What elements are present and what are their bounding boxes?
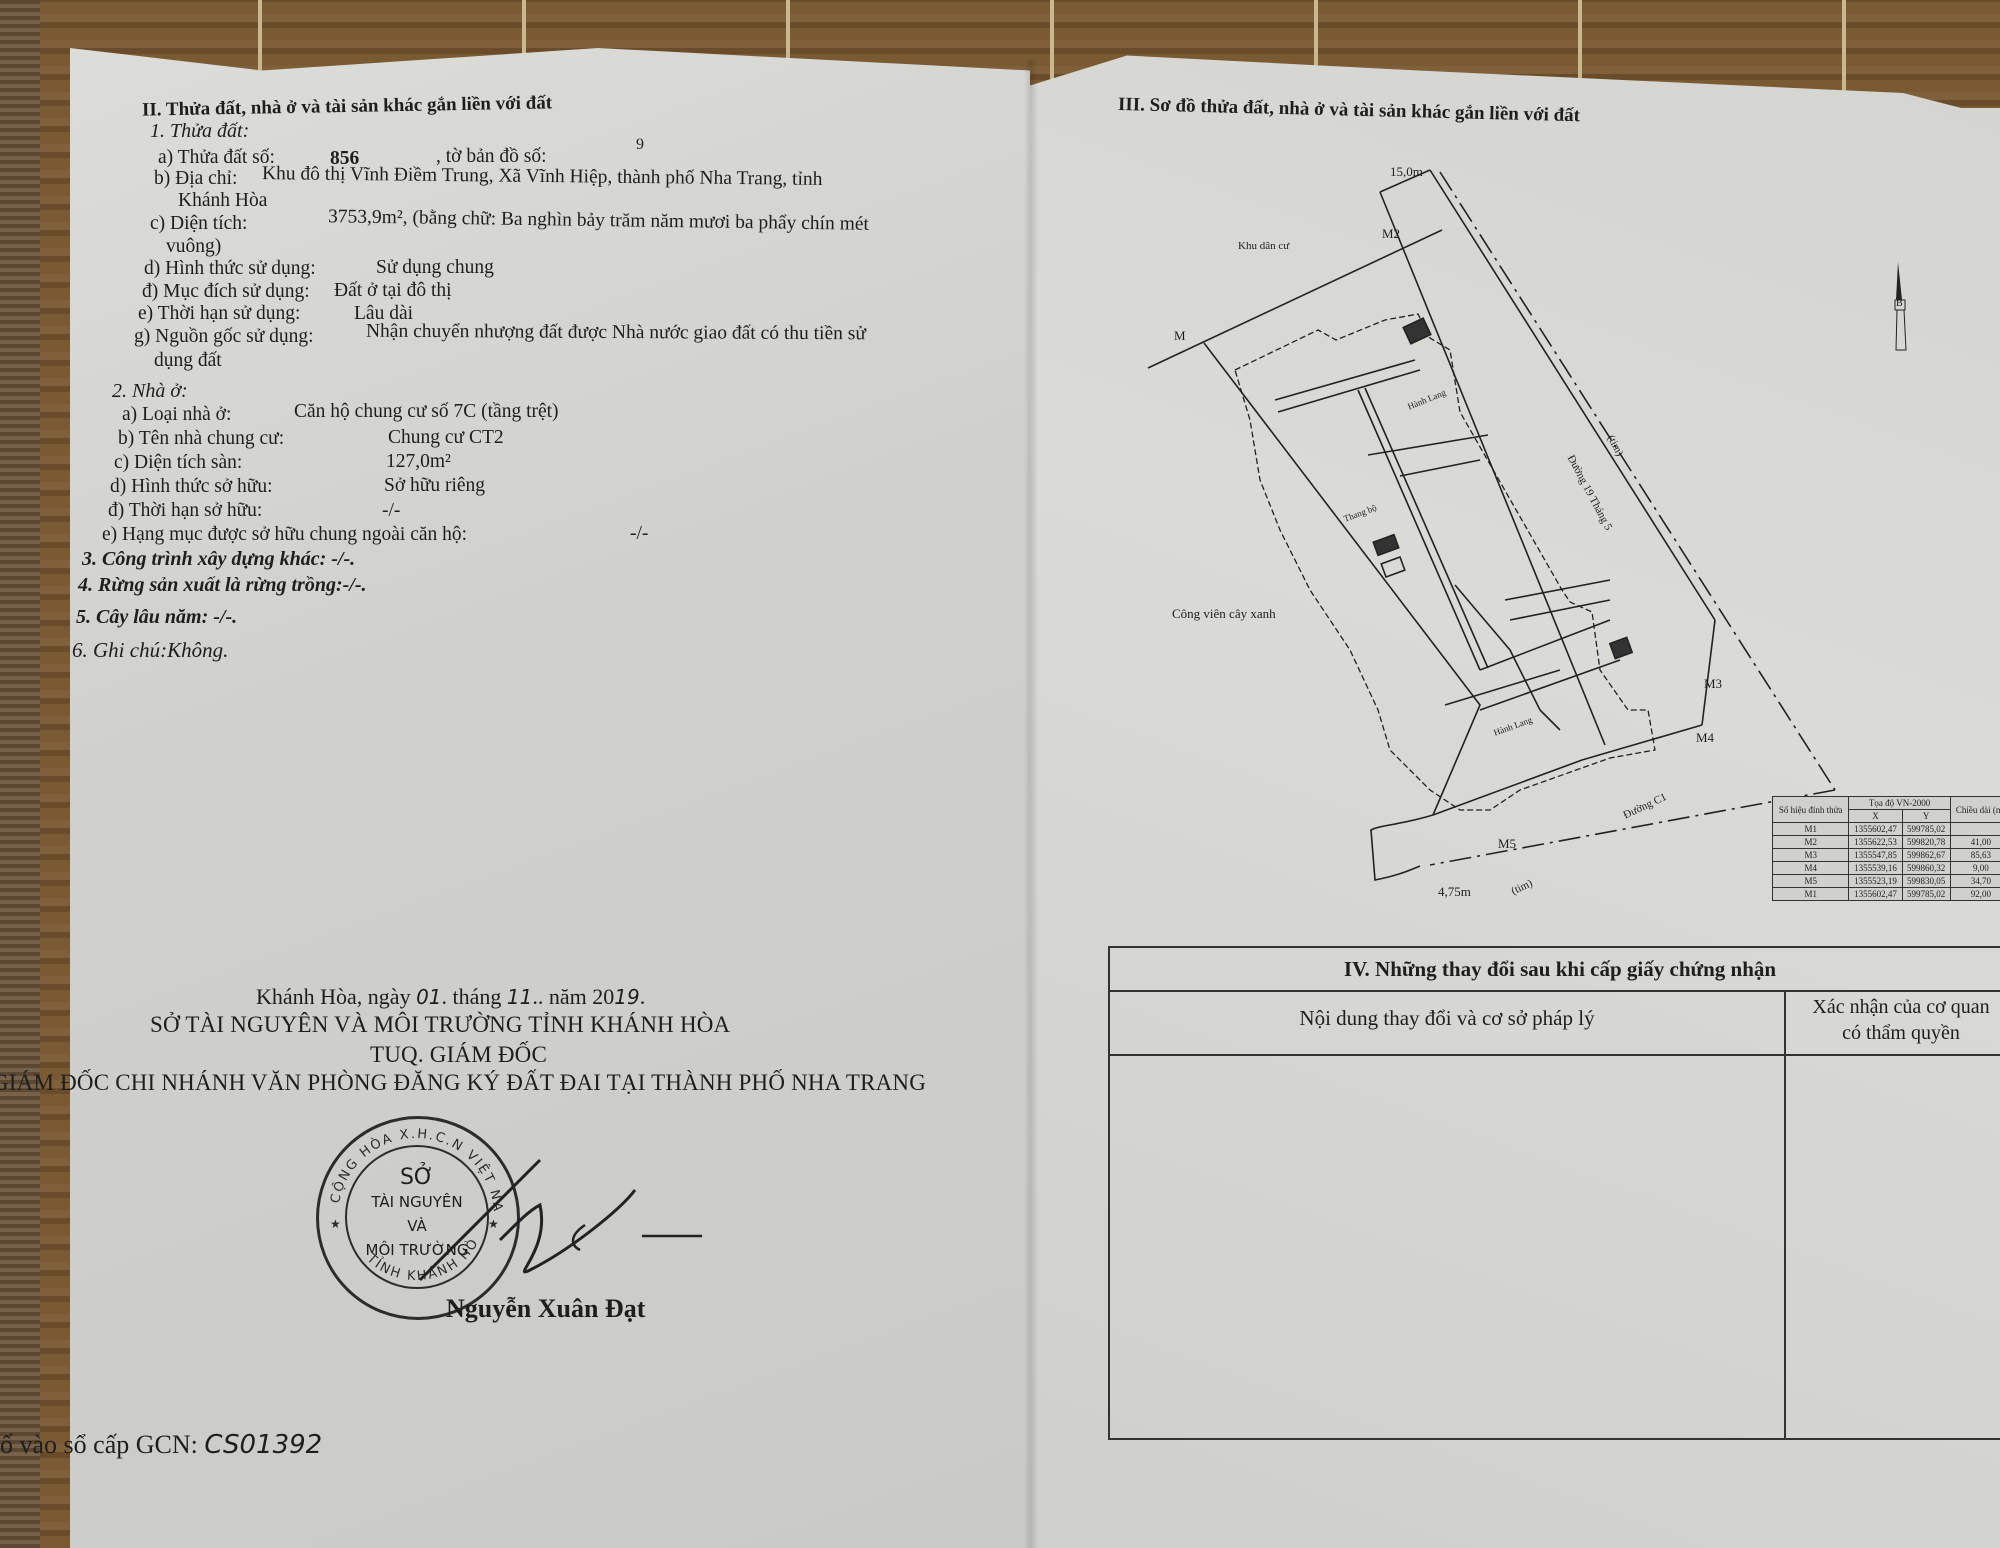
date-day: 01 (416, 985, 441, 1009)
confirmation-line1: Xác nhận của cơ quan (1786, 994, 2000, 1020)
coord-cell-x: 1355622,53 (1849, 836, 1902, 849)
registry-value: CS01392 (204, 1430, 322, 1460)
house-type-value: Căn hộ chung cư số 7C (tầng trệt) (294, 401, 559, 423)
marker-m5: M5 (1498, 836, 1516, 852)
coord-header-system: Tọa độ VN-2000 (1849, 797, 1950, 810)
coord-row: M11355602,47599785,0292,00 (1773, 888, 2000, 901)
map-bottom-width: 4,75m (1438, 884, 1471, 900)
land-heading: 1. Thửa đất: (150, 120, 249, 143)
changes-col-content: Nội dung thay đổi và cơ sở pháp lý (1110, 1006, 1784, 1031)
area-value-line2: vuông) (166, 236, 221, 258)
changes-table-divider (1784, 992, 1786, 1438)
building-name-value: Chung cư CT2 (388, 427, 504, 449)
floor-area-label: c) Diện tích sàn: (114, 452, 242, 474)
ownership-form-value: Sở hữu riêng (384, 475, 485, 497)
certificate-registry-number: ố vào sổ cấp GCN: CS01392 (0, 1430, 322, 1460)
issue-date: Khánh Hòa, ngày 01. tháng 11.. năm 2019. (256, 984, 645, 1010)
address-value-line2: Khánh Hòa (178, 190, 267, 212)
coord-cell-y: 599785,02 (1902, 823, 1950, 836)
common-items-label: e) Hạng mục được sở hữu chung ngoài căn … (102, 524, 467, 546)
ownership-term-label: đ) Thời hạn sở hữu: (108, 500, 262, 522)
signer-name: Nguyễn Xuân Đạt (446, 1294, 645, 1324)
usage-form-label: d) Hình thức sử dụng: (144, 258, 316, 280)
date-month: 11 (507, 985, 532, 1009)
coord-cell-x: 1355547,85 (1849, 849, 1902, 862)
coord-row: M11355602,47599785,02 (1773, 823, 2000, 836)
coord-cell-point: M1 (1773, 823, 1849, 836)
building-name-label: b) Tên nhà chung cư: (118, 428, 284, 450)
confirmation-line2: có thẩm quyền (1786, 1020, 2000, 1046)
floor-area-value: 127,0m² (386, 451, 451, 473)
coord-cell-len: 85,63 (1950, 849, 2000, 862)
date-prefix: Khánh Hòa, ngày (256, 984, 411, 1009)
coord-row: M21355622,53599820,7841,00 (1773, 836, 2000, 849)
notes: 6. Ghi chú:Không. (72, 638, 228, 663)
coord-cell-len: 92,00 (1950, 888, 2000, 901)
coord-cell-y: 599785,02 (1902, 888, 1950, 901)
coord-header-point: Số hiệu đỉnh thửa (1773, 797, 1849, 823)
usage-term-label: e) Thời hạn sử dụng: (138, 303, 300, 325)
month-label: tháng (453, 984, 502, 1009)
coord-cell-len: 41,00 (1950, 836, 2000, 849)
changes-table: IV. Những thay đổi sau khi cấp giấy chứn… (1108, 946, 2000, 1440)
marker-m: M (1174, 328, 1186, 344)
issuing-agency: SỞ TÀI NGUYÊN VÀ MÔI TRƯỜNG TỈNH KHÁNH H… (150, 1012, 730, 1038)
map-top-width: 15,0m (1390, 164, 1423, 180)
common-items-value: -/- (630, 523, 648, 545)
coord-header-length: Chiều dài (m) (1950, 797, 2000, 823)
changes-table-title: IV. Những thay đổi sau khi cấp giấy chứn… (1110, 948, 2000, 992)
address-label: b) Địa chỉ: (154, 168, 237, 190)
marker-m3: M3 (1704, 676, 1722, 692)
usage-purpose-value: Đất ở tại đô thị (334, 280, 452, 302)
coord-cell-point: M5 (1773, 875, 1849, 888)
map-sheet-value: 9 (636, 136, 644, 154)
coord-cell-x: 1355523,19 (1849, 875, 1902, 888)
marker-m4: M4 (1696, 730, 1714, 746)
coord-cell-point: M4 (1773, 862, 1849, 875)
map-label-park: Công viên cây xanh (1172, 606, 1276, 622)
year-label: năm 20 (549, 984, 614, 1009)
coord-header-x: X (1849, 810, 1902, 823)
coord-cell-x: 1355539,16 (1849, 862, 1902, 875)
map-label-residential: Khu dân cư (1238, 240, 1289, 252)
signer-title: GIÁM ĐỐC CHI NHÁNH VĂN PHÒNG ĐĂNG KÝ ĐẤT… (0, 1070, 926, 1096)
usage-purpose-label: đ) Mục đích sử dụng: (142, 281, 310, 303)
marker-m2: M2 (1382, 226, 1400, 242)
area-label: c) Diện tích: (150, 213, 247, 235)
production-forest: 4. Rừng sản xuất là rừng trồng:-/-. (78, 574, 366, 597)
coord-cell-y: 599830,05 (1902, 875, 1950, 888)
coord-header-y: Y (1902, 810, 1950, 823)
coord-row: M51355523,19599830,0534,70 (1773, 875, 2000, 888)
origin-value-line2: dụng đất (154, 350, 222, 372)
origin-label: g) Nguồn gốc sử dụng: (134, 326, 314, 348)
parcel-number-label: a) Thửa đất số: (158, 147, 275, 169)
page-fold (1024, 60, 1038, 1548)
svg-text:★: ★ (330, 1217, 341, 1231)
coord-row: M31355547,85599862,6785,63 (1773, 849, 2000, 862)
coord-cell-x: 1355602,47 (1849, 823, 1902, 836)
date-year: 19 (614, 985, 639, 1009)
map-north-label: B (1896, 298, 1903, 309)
coord-cell-y: 599820,78 (1902, 836, 1950, 849)
changes-col-confirmation: Xác nhận của cơ quan có thẩm quyền (1786, 994, 2000, 1046)
coord-row: M41355539,16599860,329,00 (1773, 862, 2000, 875)
coord-cell-len (1950, 823, 2000, 836)
perennial-trees: 5. Cây lâu năm: -/-. (76, 606, 237, 629)
other-construction: 3. Công trình xây dựng khác: -/-. (82, 548, 355, 571)
coord-cell-y: 599862,67 (1902, 849, 1950, 862)
handwritten-signature (380, 1150, 720, 1300)
coord-cell-y: 599860,32 (1902, 862, 1950, 875)
house-type-label: a) Loại nhà ở: (122, 404, 231, 426)
coord-cell-point: M3 (1773, 849, 1849, 862)
ownership-term-value: -/- (382, 500, 400, 522)
coordinate-table: Số hiệu đỉnh thửa Tọa độ VN-2000 Chiều d… (1772, 796, 2000, 901)
usage-form-value: Sử dụng chung (376, 257, 494, 279)
mat-edge (0, 0, 40, 1548)
coord-cell-len: 34,70 (1950, 875, 2000, 888)
changes-table-header-row: Nội dung thay đổi và cơ sở pháp lý Xác n… (1110, 992, 2000, 1056)
registry-label: ố vào sổ cấp GCN: (0, 1430, 198, 1459)
origin-value-line1: Nhận chuyển nhượng đất được Nhà nước gia… (366, 321, 866, 346)
house-heading: 2. Nhà ở: (112, 380, 188, 403)
on-behalf-of: TUQ. GIÁM ĐỐC (370, 1042, 547, 1068)
ownership-form-label: d) Hình thức sở hữu: (110, 476, 273, 498)
coord-cell-point: M2 (1773, 836, 1849, 849)
coord-cell-point: M1 (1773, 888, 1849, 901)
coord-cell-x: 1355602,47 (1849, 888, 1902, 901)
coord-cell-len: 9,00 (1950, 862, 2000, 875)
